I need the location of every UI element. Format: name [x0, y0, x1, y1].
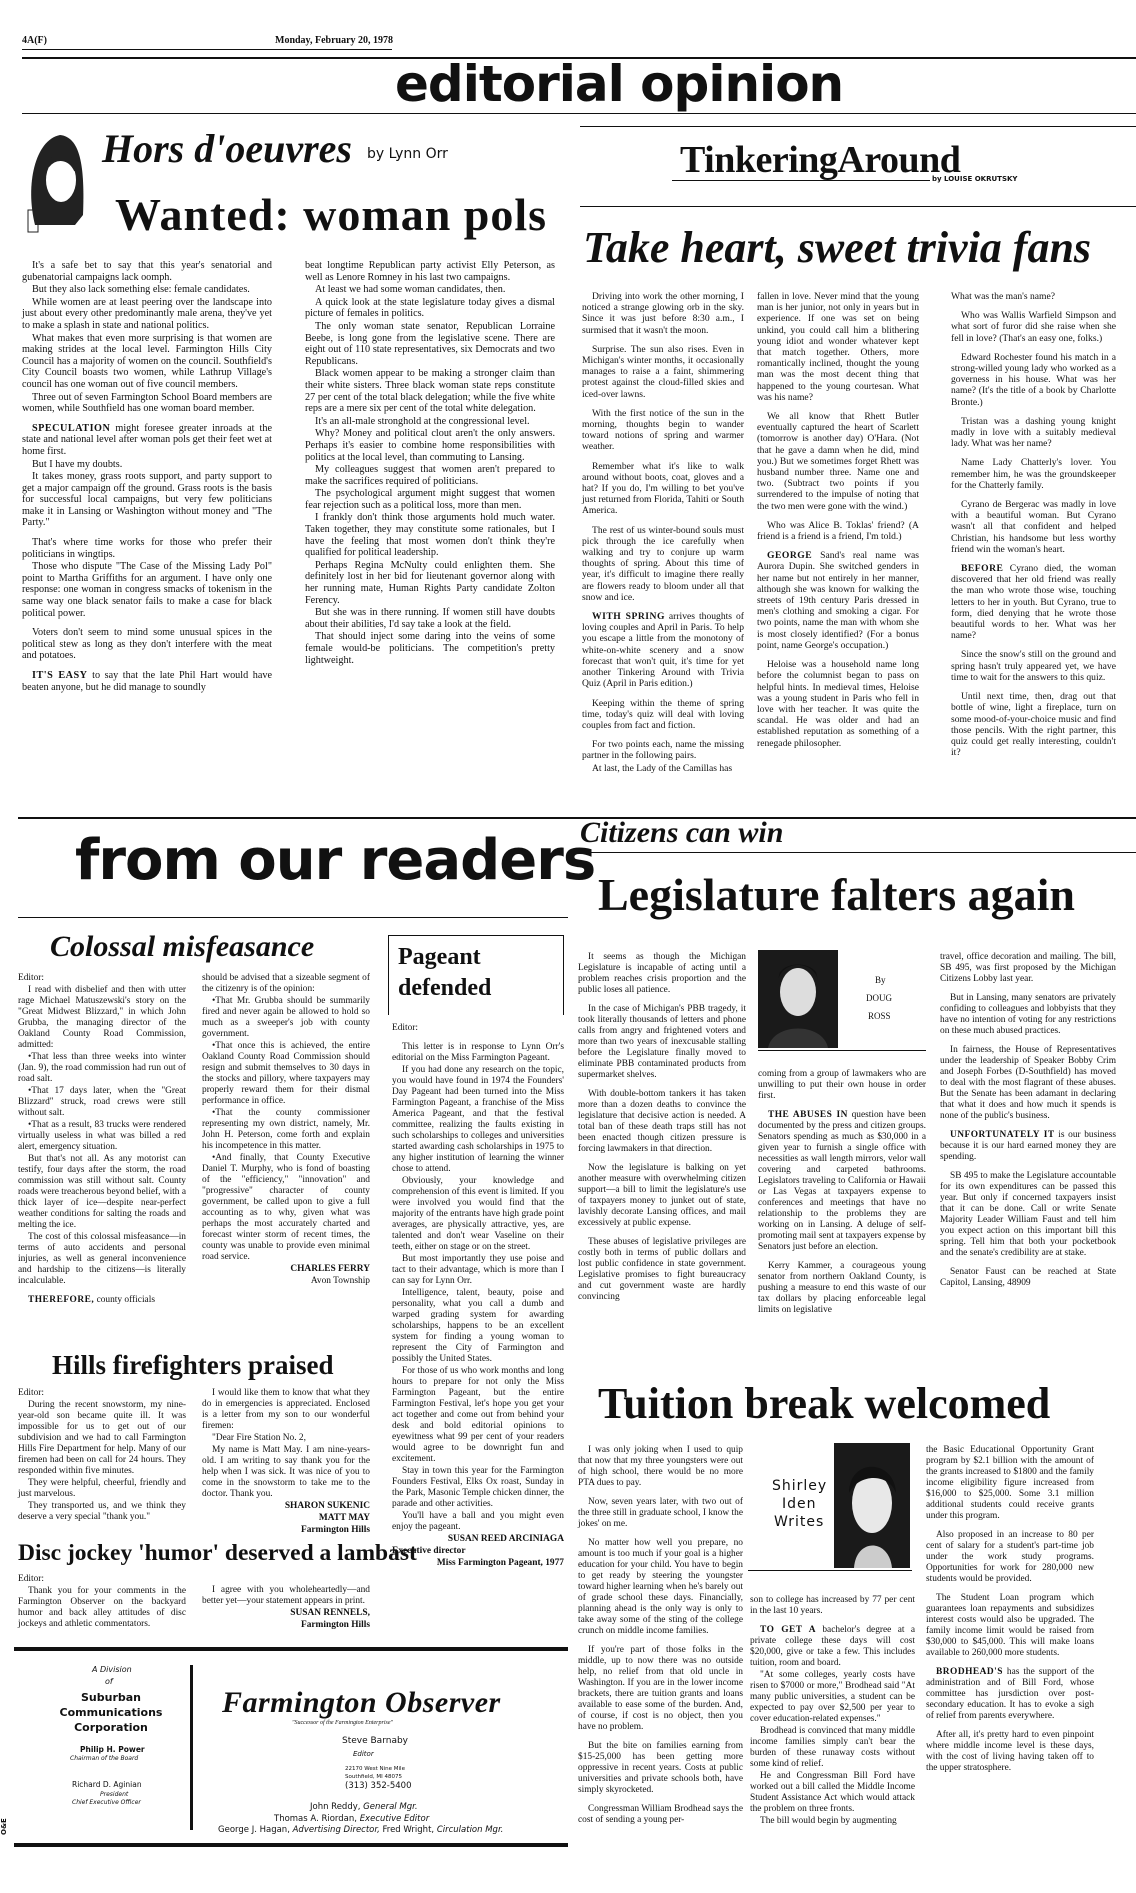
- tuition-byline-2: Iden: [782, 1496, 817, 1512]
- masthead-person2-title1: President: [100, 1791, 128, 1798]
- masthead-editor-title: Editor: [353, 1750, 374, 1758]
- readers-rule-top: [18, 817, 1136, 819]
- date-underline: [22, 49, 392, 50]
- masthead-division-line2: of: [105, 1677, 113, 1686]
- disc-jockey-col1: Editor: Thank you for your comments in t…: [18, 1574, 186, 1631]
- citizens-kicker: Citizens can win: [580, 816, 783, 850]
- masthead-rule-bottom: [14, 1843, 568, 1847]
- colossal-headline: Colossal misfeasance: [50, 930, 314, 964]
- tinkering-rule-bottom: [580, 206, 1136, 207]
- citizens-col3: travel, office decoration and mailing. T…: [940, 952, 1116, 1290]
- masthead-person2-name: Richard D. Aginian: [72, 1780, 142, 1789]
- doug-ross-photo: [758, 950, 838, 1048]
- tinkering-headline: Take heart, sweet trivia fans: [583, 222, 1091, 273]
- citizens-headline: Legislature falters again: [598, 868, 1075, 921]
- masthead-rule-top: [14, 1647, 568, 1651]
- masthead-staff-line1: John Reddy, General Mgr.: [310, 1802, 418, 1812]
- hors-doeuvres-byline: by Lynn Orr: [367, 146, 448, 162]
- readers-rule-bottom: [18, 917, 568, 918]
- tinkering-column-name: TinkeringAround: [680, 138, 960, 182]
- masthead-company: Suburban Communications Corporation: [36, 1690, 186, 1735]
- masthead-staff-line2: Thomas A. Riordan, Executive Editor: [274, 1814, 429, 1824]
- masthead-address2: Southfield, MI 48075: [345, 1774, 402, 1780]
- masthead-staff-line3: George J. Hagan, Advertising Director, F…: [218, 1825, 503, 1835]
- tuition-col1: I was only joking when I used to quip th…: [578, 1445, 743, 1827]
- masthead-phone: (313) 352-5400: [345, 1781, 411, 1791]
- tinkering-col1: Driving into work the other morning, I n…: [582, 291, 744, 775]
- masthead-divider: [190, 1665, 193, 1830]
- disc-jockey-headline: Disc jockey 'humor' deserved a lambast: [18, 1540, 417, 1567]
- hors-doeuvres-headline: Wanted: woman pols: [115, 188, 547, 241]
- citizens-byline-last: ROSS: [868, 1011, 891, 1021]
- masthead-division-line1: A Division: [92, 1665, 132, 1674]
- hors-doeuvres-column-name: Hors d'oeuvres: [102, 125, 352, 172]
- tuition-col2: son to college has increased by 77 per c…: [750, 1595, 915, 1828]
- tuition-col3: the Basic Educational Opportunity Grant …: [926, 1445, 1094, 1775]
- colossal-col1: Editor: I read with disbelief and then w…: [18, 973, 186, 1307]
- header-rule-bottom: [22, 113, 1136, 114]
- masthead-person1-title: Chairman of the Board: [70, 1755, 138, 1762]
- tinkering-col2: fallen in love. Never mind that the youn…: [757, 291, 919, 750]
- citizens-col2: coming from a group of lawmakers who are…: [758, 1069, 926, 1317]
- masthead-person1-name: Philip H. Power: [80, 1745, 145, 1754]
- firefighters-headline: Hills firefighters praised: [52, 1350, 333, 1381]
- doug-ross-photo-rule: [758, 1050, 926, 1051]
- citizens-col1: It seems as though the Michigan Legislat…: [578, 952, 746, 1304]
- section-title: editorial opinion: [395, 55, 843, 113]
- tinkering-underline: [672, 180, 930, 181]
- firefighters-col1: Editor: During the recent snowstorm, my …: [18, 1388, 186, 1524]
- hors-doeuvres-col2: beat longtime Republican party activist …: [305, 260, 555, 667]
- tinkering-rule-top: [580, 126, 1136, 127]
- pageant-headline-line2: defended: [398, 975, 491, 1002]
- disc-jockey-col2: I agree with you wholeheartedly—and bett…: [202, 1585, 370, 1632]
- masthead-editor-name: Steve Barnaby: [342, 1736, 408, 1746]
- masthead-address1: 22170 West Nine Mile: [345, 1766, 405, 1772]
- page-number: 4A(F): [22, 35, 47, 46]
- lynn-orr-photo: [25, 125, 87, 235]
- citizens-byline-first: DOUG: [866, 993, 892, 1003]
- tuition-byline-3: Writes: [774, 1514, 824, 1530]
- shirley-iden-photo: [834, 1443, 910, 1568]
- citizens-byline-by: By: [875, 975, 886, 985]
- colossal-col2: should be advised that a sizeable segmen…: [202, 973, 370, 1288]
- masthead-person2-title2: Chief Executive Officer: [72, 1799, 141, 1806]
- pageant-headline-line1: Pageant: [398, 944, 481, 971]
- masthead-paper-name: Farmington Observer: [222, 1686, 501, 1720]
- shirley-iden-photo-rule: [748, 1570, 912, 1571]
- tinkering-col3: What was the man's name? Who was Wallis …: [951, 291, 1116, 759]
- side-code: O&E: [0, 1818, 8, 1835]
- hors-doeuvres-col1: It's a safe bet to say that this year's …: [22, 260, 272, 694]
- tinkering-byline: by LOUISE OKRUTSKY: [932, 175, 1017, 183]
- tuition-byline-1: Shirley: [772, 1478, 827, 1494]
- tuition-headline: Tuition break welcomed: [598, 1378, 1050, 1429]
- masthead-tagline: "Successor of the Farmington Enterprise": [292, 1720, 393, 1726]
- citizens-kicker-rule: [580, 852, 1136, 853]
- readers-section-title: from our readers: [75, 828, 595, 893]
- firefighters-col2: I would like them to know that what they…: [202, 1388, 370, 1537]
- pageant-body: Editor: This letter is in response to Ly…: [392, 1023, 564, 1570]
- page-date: Monday, February 20, 1978: [275, 35, 393, 46]
